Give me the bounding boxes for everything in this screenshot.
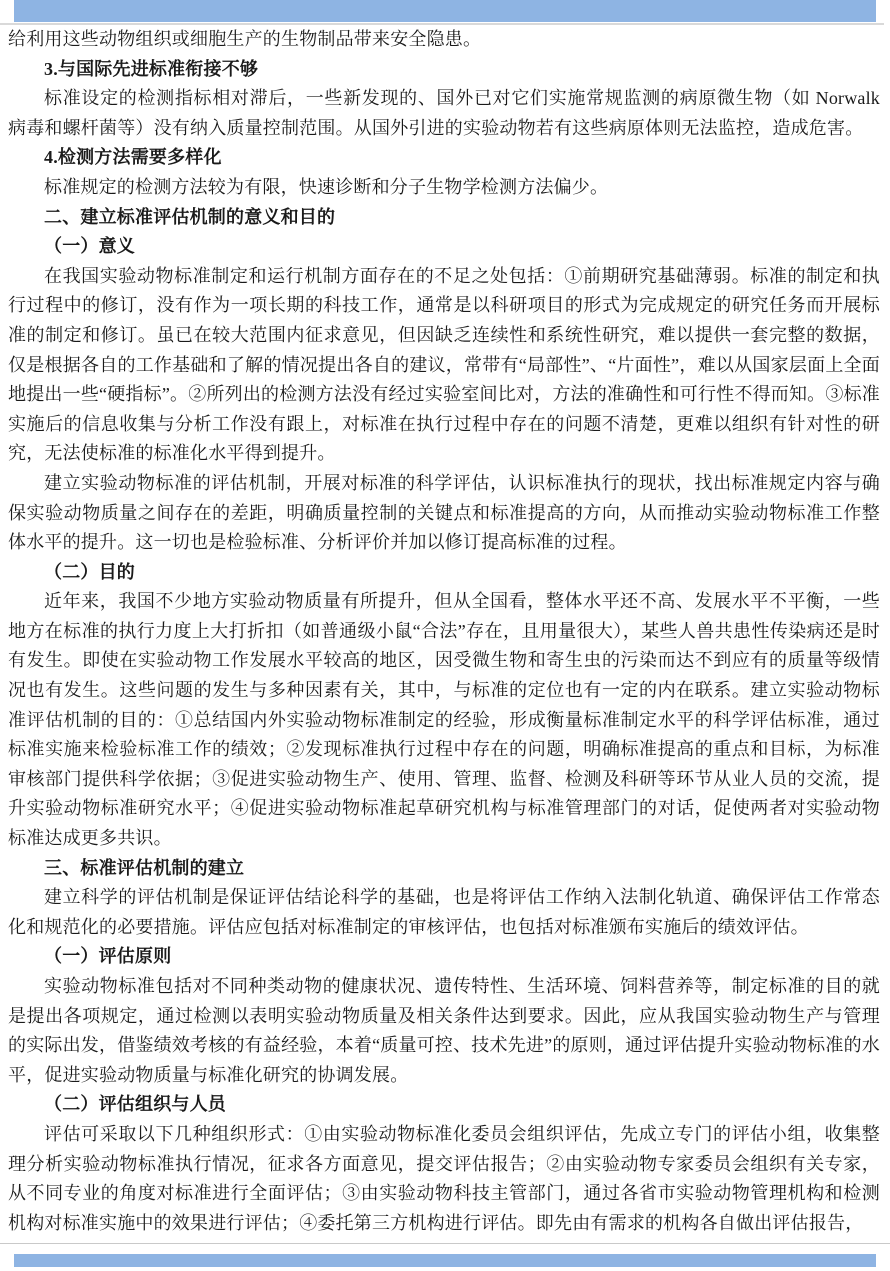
- document-heading: 三、标准评估机制的建立: [8, 854, 880, 884]
- document-paragraph: 建立实验动物标准的评估机制，开展对标准的科学评估，认识标准执行的现状，找出标准规…: [8, 469, 880, 558]
- document-heading: 4.检测方法需要多样化: [8, 143, 880, 173]
- document-heading: 二、建立标准评估机制的意义和目的: [8, 203, 880, 233]
- document-paragraph: 实验动物标准包括对不同种类动物的健康状况、遗传特性、生活环境、饲料营养等，制定标…: [8, 972, 880, 1090]
- document-paragraph: 近年来，我国不少地方实验动物质量有所提升，但从全国看，整体水平还不高、发展水平不…: [8, 587, 880, 853]
- document-heading: （一）意义: [8, 232, 880, 262]
- footer-rule: [0, 1243, 890, 1244]
- document-paragraph: 标准规定的检测方法较为有限，快速诊断和分子生物学检测方法偏少。: [8, 173, 880, 203]
- document-paragraph: 给利用这些动物组织或细胞生产的生物制品带来安全隐患。: [8, 25, 880, 55]
- document-paragraph: 评估可采取以下几种组织形式：①由实验动物标准化委员会组织评估，先成立专门的评估小…: [8, 1120, 880, 1238]
- document-paragraph: 建立科学的评估机制是保证评估结论科学的基础，也是将评估工作纳入法制化轨道、确保评…: [8, 883, 880, 942]
- header-accent-bar: [14, 0, 876, 22]
- document-paragraph: 在我国实验动物标准制定和运行机制方面存在的不足之处包括：①前期研究基础薄弱。标准…: [8, 262, 880, 469]
- document-heading: （一）评估原则: [8, 942, 880, 972]
- document-heading: （二）评估组织与人员: [8, 1090, 880, 1120]
- document-heading: 3.与国际先进标准衔接不够: [8, 55, 880, 85]
- document-paragraph: 标准设定的检测指标相对滞后，一些新发现的、国外已对它们实施常规监测的病原微生物（…: [8, 84, 880, 143]
- footer-accent-bar: [14, 1254, 876, 1267]
- document-body: 给利用这些动物组织或细胞生产的生物制品带来安全隐患。3.与国际先进标准衔接不够标…: [8, 25, 880, 1238]
- document-heading: （二）目的: [8, 558, 880, 588]
